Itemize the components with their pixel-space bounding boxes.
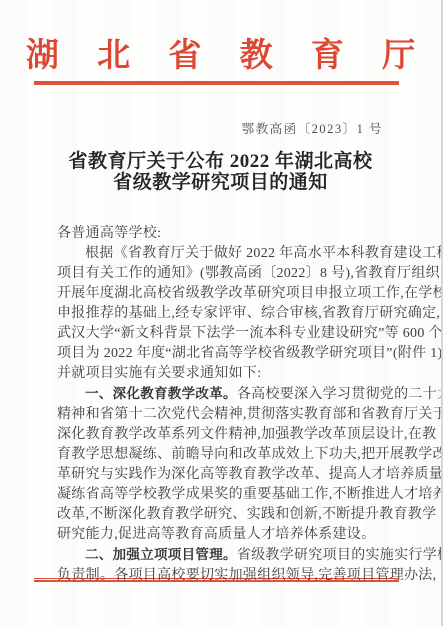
body-line: 革研究与实践作为深化高等教育教学改革、提高人才培养质量和	[57, 465, 399, 485]
body-line: 项目为 2022 年度“湖北省高等学校省级教学研究项目”(附件 1),	[57, 344, 399, 364]
document-title: 省教育厅关于公布 2022 年湖北高校 省级教学研究项目的通知	[0, 151, 441, 193]
body-line: 申报推荐的基础上,经专家评审、综合审核,省教育厅研究确定,	[57, 304, 399, 324]
agency-letterhead: 湖 北 省 教 育 厅	[0, 36, 441, 76]
body-line: 武汉大学“新文科背景下法学一流本科专业建设研究”等 600 个	[57, 324, 399, 344]
title-line-1: 省教育厅关于公布 2022 年湖北高校	[0, 151, 441, 172]
body-line: 负责制。各项目高校要切实加强组织领导,完善项目管理办法,	[57, 566, 399, 586]
document-number: 鄂教高函〔2023〕1 号	[0, 121, 441, 137]
body-line-text: 各高校要深入学习贯彻党的二十大	[237, 387, 443, 402]
title-line-2: 省级教学研究项目的通知	[0, 172, 441, 193]
salutation: 各普通高等学校:	[57, 224, 399, 244]
body-line: 项目有关工作的通知》(鄂教高函〔2022〕8 号),省教育厅组织	[57, 264, 399, 284]
body-line: 根据《省教育厅关于做好 2022 年高水平本科教育建设工程	[57, 244, 399, 264]
body-line-text: 省级教学研究项目的实施实行学校	[237, 548, 443, 563]
body-line: 育教学思想凝练、前瞻导向和改革成效上下功夫,把开展教学改	[57, 445, 399, 465]
body-line: 二、加强立项项目管理。省级教学研究项目的实施实行学校	[57, 545, 399, 566]
body-line: 并就项目实施有关要求通知如下:	[57, 364, 399, 384]
document-body: 各普通高等学校: 根据《省教育厅关于做好 2022 年高水平本科教育建设工程 项…	[57, 224, 399, 586]
body-line: 深化教育教学改革系列文件精神,加强教学改革顶层设计,在教	[57, 425, 399, 445]
section-1-heading: 一、深化教育教学改革。	[85, 386, 237, 401]
body-line: 凝练省高等学校教学成果奖的重要基础工作,不断推进人才培养	[57, 485, 399, 505]
section-2-heading: 二、加强立项项目管理。	[85, 547, 237, 562]
body-line: 精神和省第十二次党代会精神,贯彻落实教育部和省教育厅关于	[57, 405, 399, 425]
body-line: 研究能力,促进高等教育高质量人才培养体系建设。	[57, 525, 399, 545]
body-line: 改革,不断深化教育教学研究、实践和创新,不断提升教育教学	[57, 505, 399, 525]
header-double-rule	[34, 81, 399, 85]
body-line: 开展年度湖北高校省级教学改革研究项目申报立项工作,在学校	[57, 284, 399, 304]
document-page: 湖 北 省 教 育 厅 鄂教高函〔2023〕1 号 省教育厅关于公布 2022 …	[0, 0, 443, 626]
body-line: 一、深化教育教学改革。各高校要深入学习贯彻党的二十大	[57, 384, 399, 405]
